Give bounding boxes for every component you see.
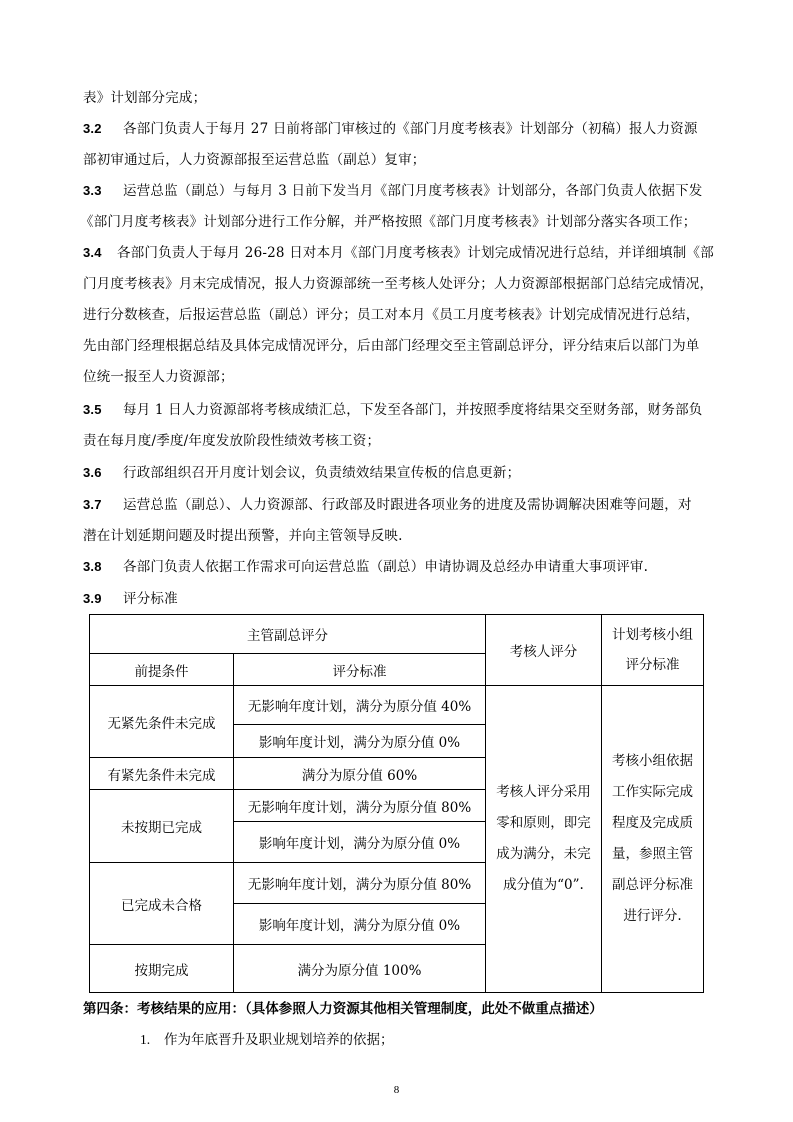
clause-number: 3.2 xyxy=(83,119,123,139)
standard-cell: 无影响年度计划，满分为原分值 40% xyxy=(234,686,486,725)
line-text: 运营总监（副总）与每月 3 日前下发当月《部门月度考核表》计划部分，各部门负责人… xyxy=(123,183,702,199)
group-text-line: 工作实际完成 xyxy=(608,777,697,808)
text-line: 表》计划部分完成； xyxy=(83,88,713,108)
standard-cell: 无影响年度计划，满分为原分值 80% xyxy=(234,790,486,822)
line-text: 各部门负责人于每月 27 日前将部门审核过的《部门月度考核表》计划部分（初稿）报… xyxy=(123,121,698,137)
list-text: 作为年底晋升及职业规划培养的依据； xyxy=(164,1032,394,1048)
clause-3-7: 3.7运营总监（副总）、人力资源部、行政部及时跟进各项业务的进度及需协调解决困难… xyxy=(83,495,713,515)
group-text-line: 考核小组依据 xyxy=(608,746,697,777)
line-text: 各部门负责人于每月 26-28 日对本月《部门月度考核表》计划完成情况进行总结，… xyxy=(117,245,714,261)
group-text-line: 副总评分标准 xyxy=(608,870,697,901)
assessor-text-line: 考核人评分采用 xyxy=(492,777,595,808)
group-score-cell: 考核小组依据 工作实际完成 程度及完成质 量，参照主管 副总评分标准 进行评分. xyxy=(602,686,704,993)
clause-3-2: 3.2各部门负责人于每月 27 日前将部门审核过的《部门月度考核表》计划部分（初… xyxy=(83,119,713,139)
assessor-text-line: 零和原则，即完 xyxy=(492,808,595,839)
clause-number: 3.9 xyxy=(83,589,123,609)
text-line: 部初审通过后，人力资源部报至运营总监（副总）复审； xyxy=(83,150,713,170)
line-text: 评分标准 xyxy=(123,591,178,607)
standard-cell: 影响年度计划，满分为原分值 0% xyxy=(234,725,486,758)
line-text: 每月 1 日人力资源部将考核成绩汇总，下发至各部门，并按照季度将结果交至财务部，… xyxy=(123,402,702,418)
assessor-score-cell: 考核人评分采用 零和原则，即完 成为满分，未完 成分值为“0”. xyxy=(486,686,602,993)
line-text: 运营总监（副总）、人力资源部、行政部及时跟进各项业务的进度及需协调解决困难等问题… xyxy=(123,497,692,513)
clause-number: 3.5 xyxy=(83,400,123,420)
header-standard: 评分标准 xyxy=(234,654,486,686)
text-line: 位统一报至人力资源部； xyxy=(83,367,713,387)
line-text: 责在每月度/季度/年度发放阶段性绩效考核工资； xyxy=(83,433,380,449)
clause-3-9: 3.9评分标准 xyxy=(83,589,713,609)
condition-cell: 未按期已完成 xyxy=(90,790,234,863)
line-text: 各部门负责人依据工作需求可向运营总监（副总）申请协调及总经办申请重大事项评审. xyxy=(123,559,648,575)
text-line: 潜在计划延期问题及时提出预警，并向主管领导反映. xyxy=(83,526,713,546)
standard-cell: 无影响年度计划，满分为原分值 80% xyxy=(234,863,486,904)
condition-cell: 已完成未合格 xyxy=(90,863,234,945)
line-text: 行政部组织召开月度计划会议，负责绩效结果宣传板的信息更新； xyxy=(123,465,520,481)
clause-3-8: 3.8各部门负责人依据工作需求可向运营总监（副总）申请协调及总经办申请重大事项评… xyxy=(83,557,713,577)
scoring-standard-table: 主管副总评分 考核人评分 计划考核小组 评分标准 前提条件 评分标准 无紧先条件… xyxy=(89,614,704,993)
line-text: 先由部门经理根据总结及具体完成情况评分，后由部门经理交至主管副总评分，评分结束后… xyxy=(83,338,700,354)
line-text: 进行分数核查，后报运营总监（副总）评分；员工对本月《员工月度考核表》计划完成情况… xyxy=(83,307,700,323)
assessor-text-line: 成为满分，未完 xyxy=(492,839,595,870)
line-text: 潜在计划延期问题及时提出预警，并向主管领导反映. xyxy=(83,528,403,544)
clause-3-3: 3.3运营总监（副总）与每月 3 日前下发当月《部门月度考核表》计划部分，各部门… xyxy=(83,181,713,201)
line-text: 表》计划部分完成； xyxy=(83,90,206,106)
standard-cell: 满分为原分值 100% xyxy=(234,945,486,993)
condition-cell: 无紧先条件未完成 xyxy=(90,686,234,758)
line-text: 部初审通过后，人力资源部报至运营总监（副总）复审； xyxy=(83,152,426,168)
condition-cell: 有紧先条件未完成 xyxy=(90,758,234,790)
text-line: 门月度考核表》月末完成情况，报人力资源部统一至考核人处评分；人力资源部根据部门总… xyxy=(83,274,713,294)
list-index: 1. xyxy=(140,1030,164,1050)
text-line: 进行分数核查，后报运营总监（副总）评分；员工对本月《员工月度考核表》计划完成情况… xyxy=(83,305,713,325)
text-line: 责在每月度/季度/年度发放阶段性绩效考核工资； xyxy=(83,431,713,451)
group-text-line: 进行评分. xyxy=(608,901,697,932)
line-text: 位统一报至人力资源部； xyxy=(83,369,234,385)
clause-3-5: 3.5每月 1 日人力资源部将考核成绩汇总，下发至各部门，并按照季度将结果交至财… xyxy=(83,400,713,420)
clause-number: 3.8 xyxy=(83,557,123,577)
page-number: 8 xyxy=(0,1084,793,1096)
header-condition: 前提条件 xyxy=(90,654,234,686)
header-group-line: 评分标准 xyxy=(602,650,703,680)
text-line: 《部门月度考核表》计划部分进行工作分解，并严格按照《部门月度考核表》计划部分落实… xyxy=(80,212,710,232)
clause-3-6: 3.6行政部组织召开月度计划会议，负责绩效结果宣传板的信息更新； xyxy=(83,463,713,483)
line-text: 门月度考核表》月末完成情况，报人力资源部统一至考核人处评分；人力资源部根据部门总… xyxy=(83,276,713,292)
header-group-line: 计划考核小组 xyxy=(602,620,703,650)
clause-3-4: 3.4各部门负责人于每月 26-28 日对本月《部门月度考核表》计划完成情况进行… xyxy=(83,243,713,263)
clause-number: 3.3 xyxy=(83,181,123,201)
standard-cell: 满分为原分值 60% xyxy=(234,758,486,790)
clause-number: 3.6 xyxy=(83,463,123,483)
list-item: 1.作为年底晋升及职业规划培养的依据； xyxy=(140,1030,394,1050)
line-text: 《部门月度考核表》计划部分进行工作分解，并严格按照《部门月度考核表》计划部分落实… xyxy=(80,214,697,230)
condition-cell: 按期完成 xyxy=(90,945,234,993)
group-text-line: 量，参照主管 xyxy=(608,839,697,870)
standard-cell: 影响年度计划，满分为原分值 0% xyxy=(234,822,486,863)
section-4-heading: 第四条：考核结果的应用：（具体参照人力资源其他相关管理制度，此处不做重点描述） xyxy=(83,999,603,1019)
header-supervisor-score: 主管副总评分 xyxy=(90,615,486,654)
standard-cell: 影响年度计划，满分为原分值 0% xyxy=(234,904,486,945)
clause-number: 3.4 xyxy=(83,243,117,263)
header-group-standard: 计划考核小组 评分标准 xyxy=(602,615,704,686)
group-text-line: 程度及完成质 xyxy=(608,808,697,839)
assessor-text-line: 成分值为“0”. xyxy=(492,870,595,901)
clause-number: 3.7 xyxy=(83,495,123,515)
text-line: 先由部门经理根据总结及具体完成情况评分，后由部门经理交至主管副总评分，评分结束后… xyxy=(83,336,713,356)
document-page: 表》计划部分完成； 3.2各部门负责人于每月 27 日前将部门审核过的《部门月度… xyxy=(0,0,793,1122)
header-assessor-score: 考核人评分 xyxy=(486,615,602,686)
